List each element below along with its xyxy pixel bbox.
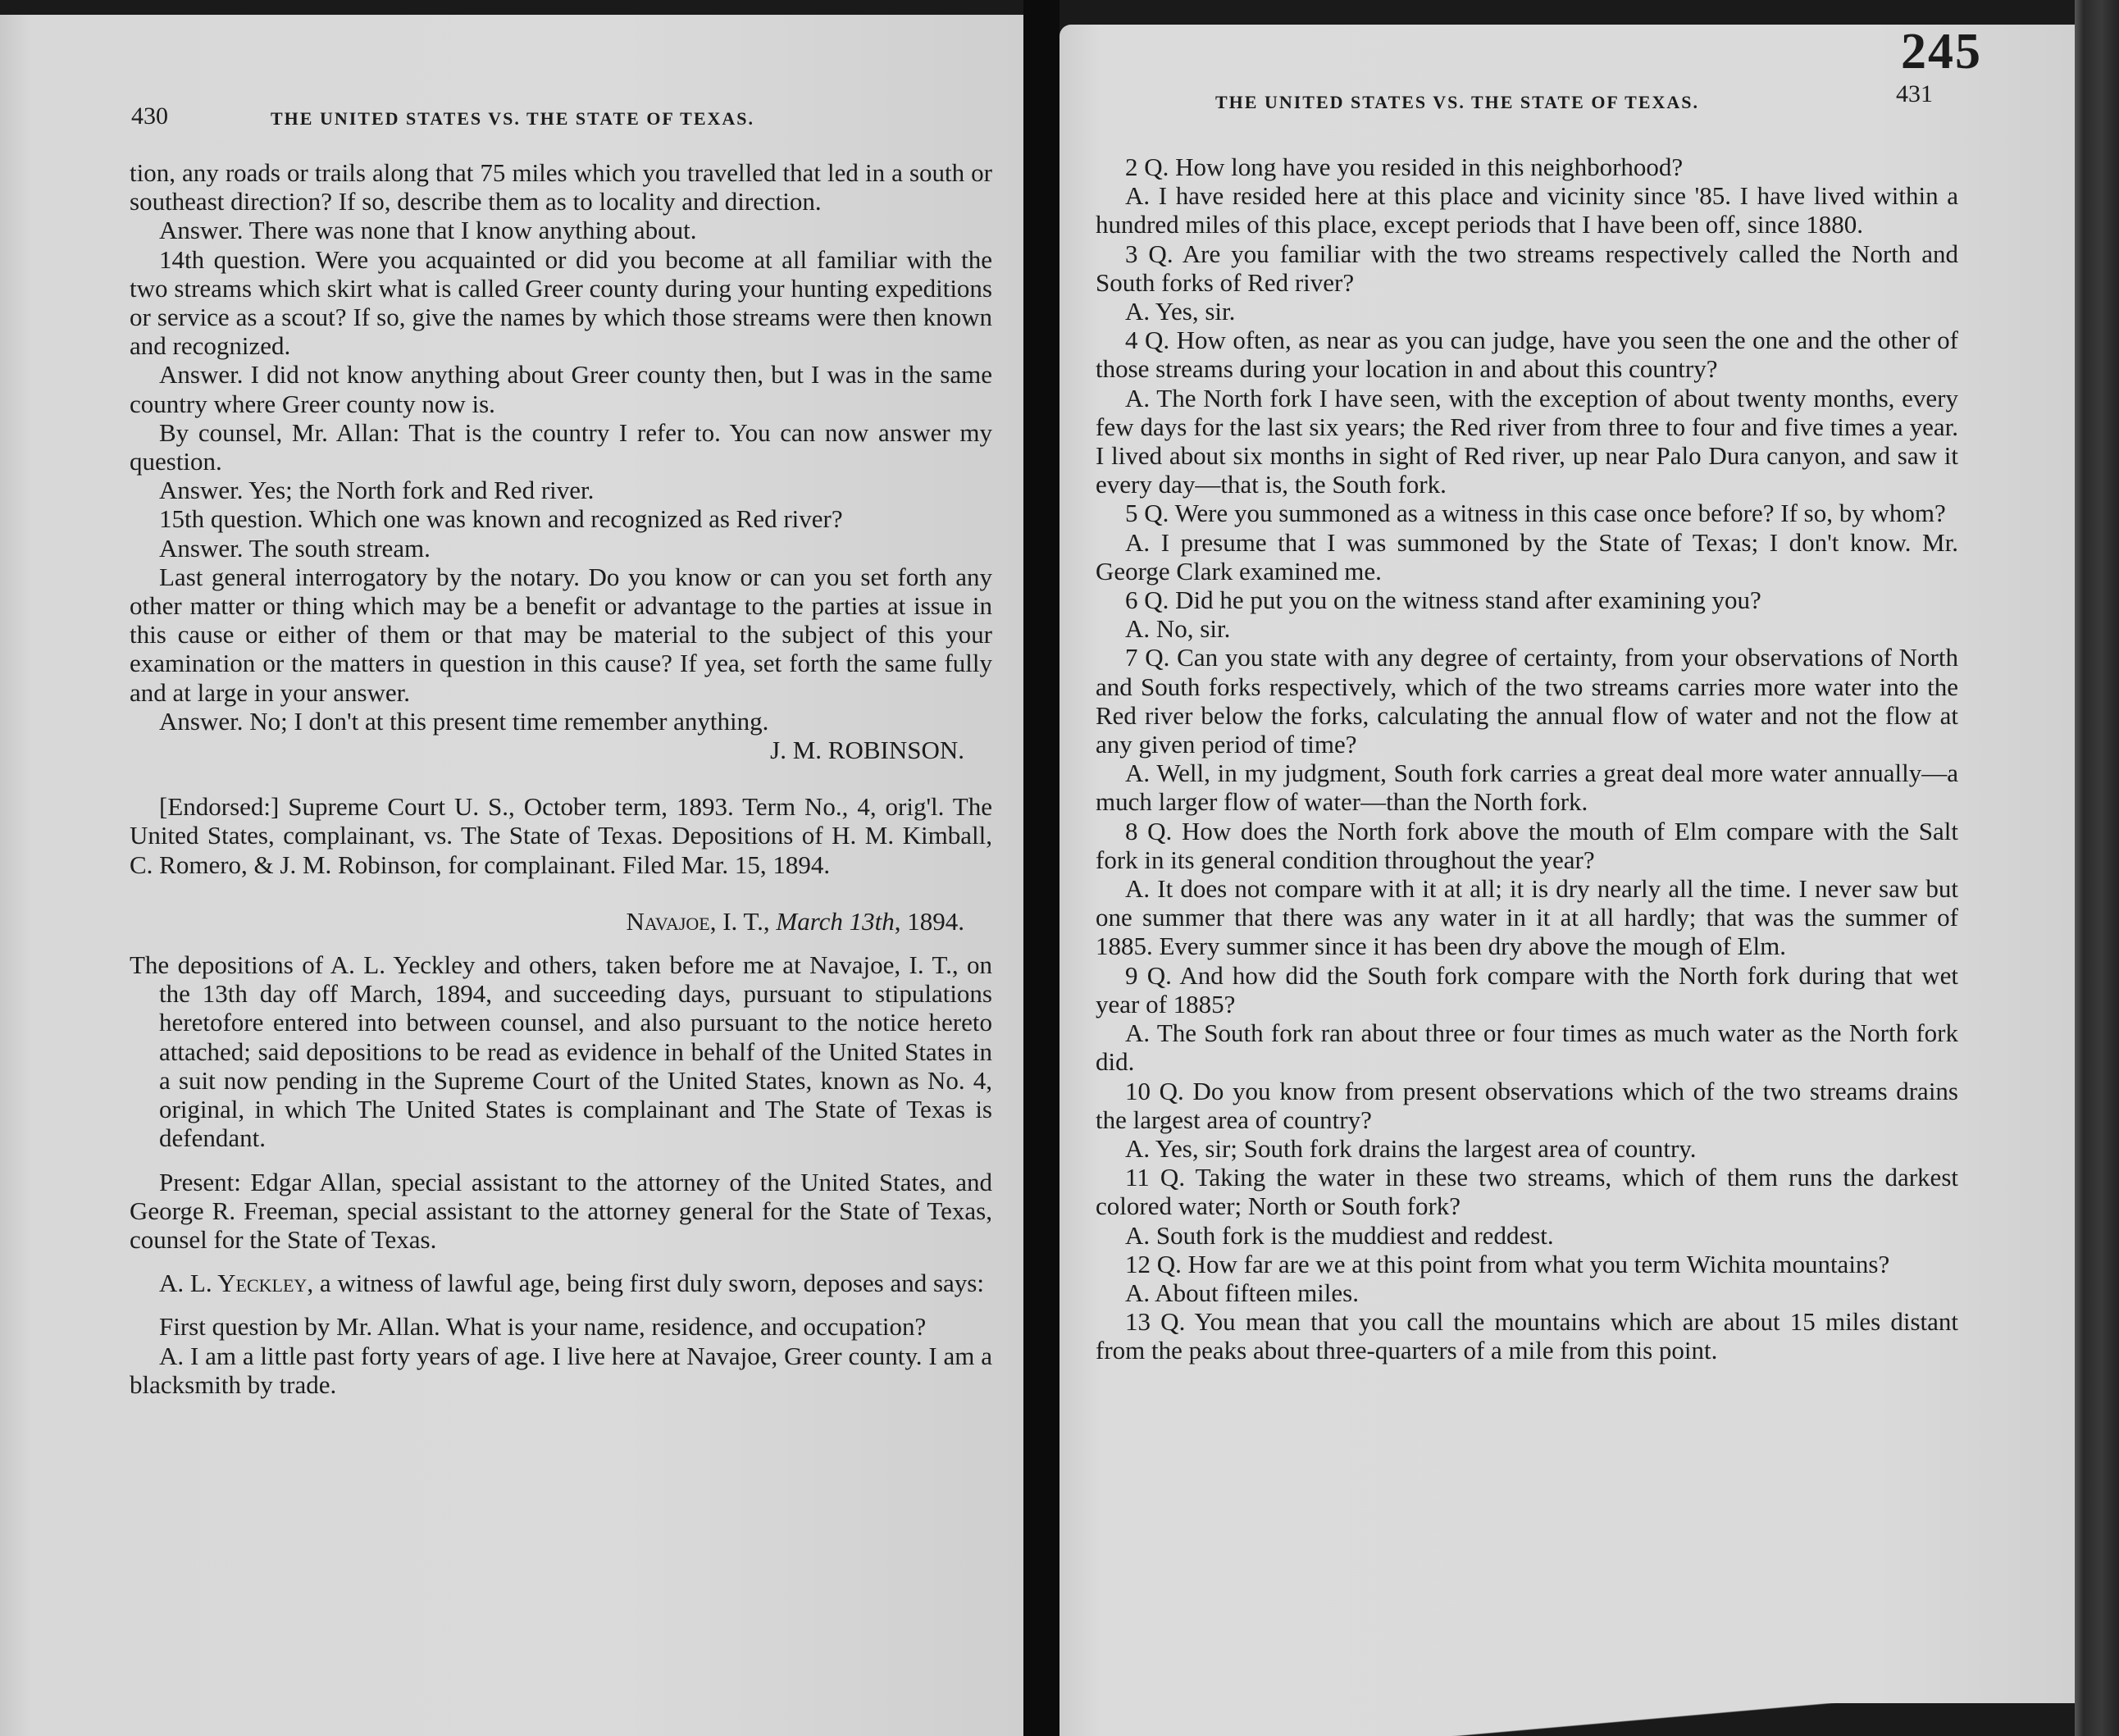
paragraph: A. Yes, sir. — [1096, 297, 1958, 326]
paragraph: 5 Q. Were you summoned as a witness in t… — [1096, 499, 1958, 527]
paragraph: 2 Q. How long have you resided in this n… — [1096, 153, 1958, 181]
paragraph: A. I have resided here at this place and… — [1096, 181, 1958, 239]
paragraph: 8 Q. How does the North fork above the m… — [1096, 817, 1958, 874]
paragraph: Answer. I did not know anything about Gr… — [130, 360, 992, 417]
paragraph: 7 Q. Can you state with any degree of ce… — [1096, 643, 1958, 759]
paragraph: By counsel, Mr. Allan: That is the count… — [130, 418, 992, 476]
right-page-number: 431 — [1896, 80, 1933, 108]
paragraph: 14th question. Were you acquainted or di… — [130, 245, 992, 361]
right-page-body: 2 Q. How long have you resided in this n… — [1096, 153, 1958, 1365]
paragraph: A. No, sir. — [1096, 614, 1958, 643]
stamped-page-number: 245 — [1901, 23, 1982, 81]
paragraph: 3 Q. Are you familiar with the two strea… — [1096, 239, 1958, 297]
book-gutter — [1023, 0, 1059, 1736]
paragraph: 10 Q. Do you know from present observati… — [1096, 1077, 1958, 1134]
paragraph: A. It does not compare with it at all; i… — [1096, 874, 1958, 961]
first-question: First question by Mr. Allan. What is you… — [130, 1312, 992, 1341]
paragraph: A. Well, in my judgment, South fork carr… — [1096, 759, 1958, 816]
first-answer: A. I am a little past forty years of age… — [130, 1342, 992, 1399]
witness-name: A. L. Yeckley — [159, 1269, 307, 1297]
dateline-year: , 1894. — [895, 907, 964, 936]
paragraph: Answer. Yes; the North fork and Red rive… — [130, 476, 992, 504]
paragraph: 9 Q. And how did the South fork compare … — [1096, 961, 1958, 1018]
left-page-body: tion, any roads or trails along that 75 … — [130, 158, 992, 1399]
witness-intro-text: , a witness of lawful age, being first d… — [307, 1269, 984, 1297]
witness-intro: A. L. Yeckley, a witness of lawful age, … — [130, 1269, 992, 1297]
paragraph: 15th question. Which one was known and r… — [130, 504, 992, 533]
left-page-number: 430 — [131, 103, 168, 130]
paragraph: A. About fifteen miles. — [1096, 1278, 1958, 1307]
dateline-date: March 13th — [776, 907, 894, 936]
page-edge-shadow — [2075, 0, 2119, 1736]
paragraph: Answer. There was none that I know anyth… — [130, 216, 992, 244]
endorsement: [Endorsed:] Supreme Court U. S., October… — [130, 792, 992, 879]
paragraph: tion, any roads or trails along that 75 … — [130, 158, 992, 216]
dateline-place: Navajoe, I. T., — [626, 907, 776, 936]
paragraph: Last general interrogatory by the notary… — [130, 563, 992, 707]
paragraph: 11 Q. Taking the water in these two stre… — [1096, 1163, 1958, 1220]
paragraph: A. The South fork ran about three or fou… — [1096, 1018, 1958, 1076]
paragraph: A. I presume that I was summoned by the … — [1096, 528, 1958, 586]
dateline: Navajoe, I. T., March 13th, 1894. — [130, 907, 992, 936]
bottom-shadow — [1059, 1703, 2075, 1736]
paragraph: 12 Q. How far are we at this point from … — [1096, 1250, 1958, 1278]
paragraph: Answer. The south stream. — [130, 534, 992, 563]
left-running-head: THE UNITED STATES VS. THE STATE OF TEXAS… — [271, 108, 754, 130]
paragraph: 6 Q. Did he put you on the witness stand… — [1096, 586, 1958, 614]
paragraph: 4 Q. How often, as near as you can judge… — [1096, 326, 1958, 383]
present-counsel: Present: Edgar Allan, special assistant … — [130, 1168, 992, 1255]
caption: The depositions of A. L. Yeckley and oth… — [130, 950, 992, 1152]
paragraph: A. The North fork I have seen, with the … — [1096, 384, 1958, 499]
paragraph: 13 Q. You mean that you call the mountai… — [1096, 1307, 1958, 1365]
right-running-head: THE UNITED STATES VS. THE STATE OF TEXAS… — [1215, 92, 1699, 113]
paragraph: Answer. No; I don't at this present time… — [130, 707, 992, 736]
paragraph: A. South fork is the muddiest and reddes… — [1096, 1221, 1958, 1250]
paragraph: A. Yes, sir; South fork drains the large… — [1096, 1134, 1958, 1163]
signature: J. M. ROBINSON. — [130, 736, 992, 764]
